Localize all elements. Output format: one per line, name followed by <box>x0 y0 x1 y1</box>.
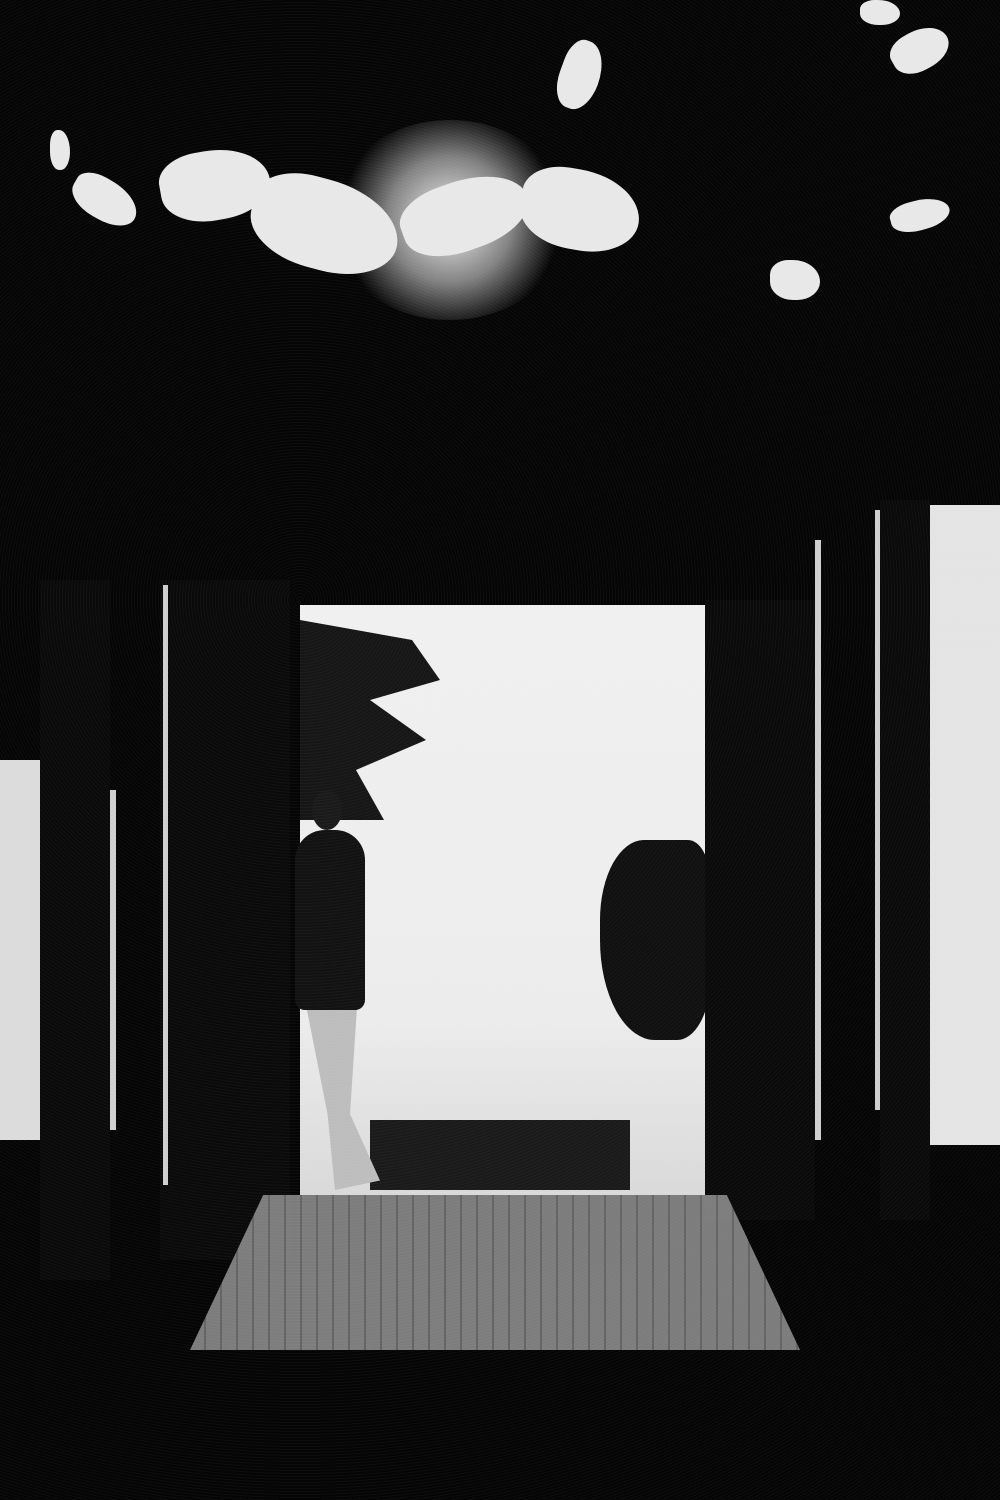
pergola-post <box>880 500 930 1220</box>
post-edge-highlight <box>815 540 821 1140</box>
leaf-highlight <box>887 193 953 238</box>
bush-silhouette <box>600 840 710 1040</box>
figure-head <box>312 790 342 830</box>
brick-floor <box>190 1195 800 1350</box>
pergola-post <box>40 580 110 1280</box>
post-edge-highlight <box>163 585 168 1185</box>
leaf-highlight <box>50 130 70 170</box>
leaf-highlight <box>65 165 146 235</box>
hedge <box>370 1120 630 1190</box>
leaf-highlight <box>770 260 820 300</box>
pergola-post <box>160 580 290 1260</box>
figure-coat <box>295 830 365 1010</box>
photograph <box>0 0 1000 1500</box>
post-edge-highlight <box>875 510 880 1110</box>
pergola-post <box>705 600 815 1220</box>
leaf-highlight <box>860 0 900 25</box>
leaf-highlight <box>884 18 956 83</box>
leaf-highlight <box>549 35 611 114</box>
right-bright-panel <box>930 505 1000 1145</box>
